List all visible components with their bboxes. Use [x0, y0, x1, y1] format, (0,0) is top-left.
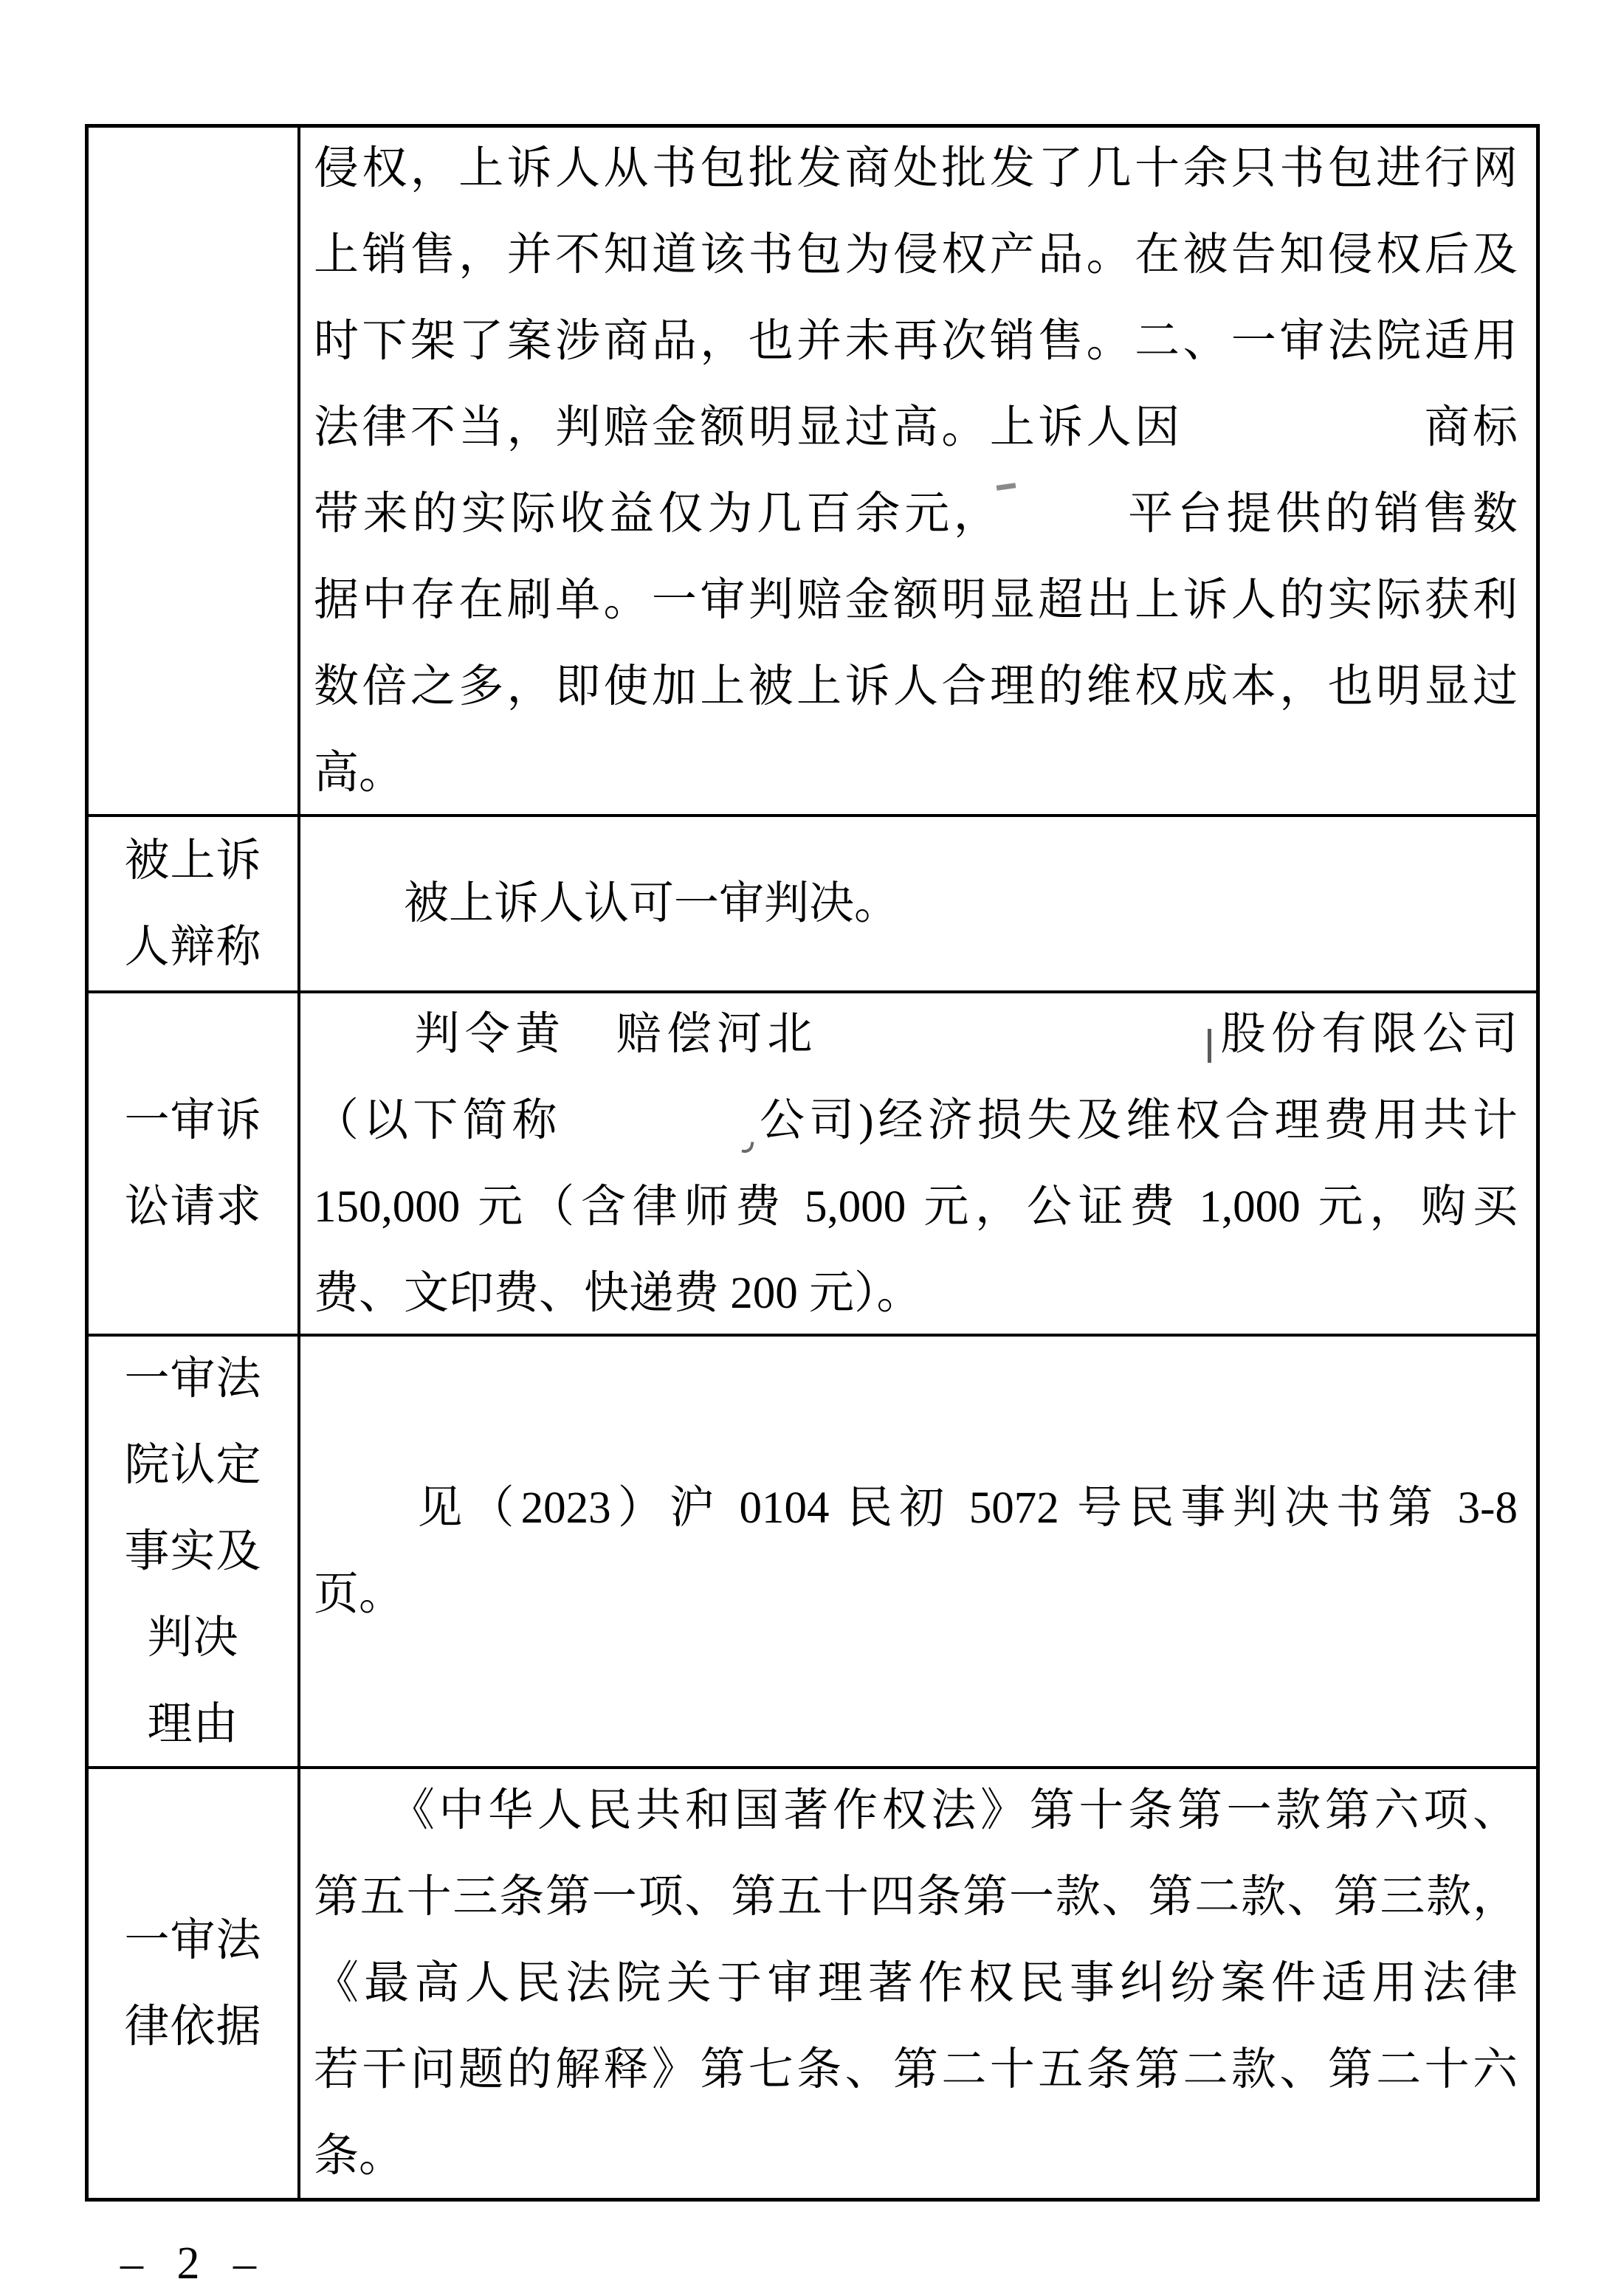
row-label-line: 一审法	[89, 1336, 297, 1422]
content-line: 被上诉人认可一审判决。	[314, 861, 1518, 947]
content-line: 费、文印费、快递费 200 元）。	[314, 1250, 1518, 1337]
content-line: 上销售，并不知道该书包为侵权产品。在被告知侵权后及	[314, 212, 1518, 298]
content-line: 《中华人民共和国著作权法》第十条第一款第六项、	[314, 1768, 1518, 1854]
row-label-line: 理由	[89, 1681, 297, 1768]
document-page: 侵权，上诉人从书包批发商处批发了几十余只书包进行网 上销售，并不知道该书包为侵权…	[0, 0, 1621, 2296]
row-label-cell: 被上诉 人辩称	[89, 817, 300, 990]
content-line: 数倍之多，即使加上被上诉人合理的维权成本，也明显过	[314, 644, 1518, 730]
row-label-line: 人辩称	[89, 904, 297, 990]
row-label-line: 院认定	[89, 1422, 297, 1509]
content-line: 时下架了案涉商品，也并未再次销售。二、一审法院适用	[314, 298, 1518, 385]
content-line: 据中存在刷单。一审判赔金额明显超出上诉人的实际获利	[314, 557, 1518, 644]
content-line: 见（2023）沪 0104 民初 5072 号民事判决书第 3-8	[314, 1465, 1518, 1551]
row-label-line: 判决	[89, 1595, 297, 1681]
row-content-cell: 侵权，上诉人从书包批发商处批发了几十余只书包进行网 上销售，并不知道该书包为侵权…	[300, 128, 1536, 814]
content-line: 第五十三条第一项、第五十四条第一款、第二款、第三款，	[314, 1854, 1518, 1940]
row-label-cell: 一审法 律依据	[89, 1769, 300, 2198]
table-row-first-instance-claims: 一审诉 讼请求 判令黄 赔偿河北 股份有限公司 （以下简称 公司)经济损失及维权…	[89, 990, 1536, 1334]
row-content-cell: 被上诉人认可一审判决。	[300, 817, 1536, 990]
row-label-line: 事实及	[89, 1509, 297, 1595]
judgment-summary-table: 侵权，上诉人从书包批发商处批发了几十余只书包进行网 上销售，并不知道该书包为侵权…	[85, 124, 1540, 2202]
content-line: 高。	[314, 730, 1518, 816]
row-label-line: 讼请求	[89, 1164, 297, 1250]
table-row-first-instance-legal-basis: 一审法 律依据 《中华人民共和国著作权法》第十条第一款第六项、 第五十三条第一项…	[89, 1766, 1536, 2198]
content-line-redacted: 带来的实际收益仅为几百余元， 平台提供的销售数	[314, 471, 1518, 557]
row-label-cell: 一审诉 讼请求	[89, 993, 300, 1334]
table-row-first-instance-findings: 一审法 院认定 事实及 判决 理由 见（2023）沪 0104 民初 5072 …	[89, 1334, 1536, 1766]
table-row-appellee-defense: 被上诉 人辩称 被上诉人认可一审判决。	[89, 814, 1536, 990]
row-label-line: 一审法	[89, 1897, 297, 1984]
content-line: 150,000 元（含律师费 5,000 元，公证费 1,000 元，购买	[314, 1164, 1518, 1250]
content-line: 页。	[314, 1551, 1518, 1638]
content-line-redacted: 判令黄 赔偿河北 股份有限公司	[314, 991, 1518, 1078]
row-content-cell: 判令黄 赔偿河北 股份有限公司 （以下简称 公司)经济损失及维权合理费用共计 1…	[300, 993, 1536, 1334]
content-line: 若干问题的解释》第七条、第二十五条第二款、第二十六	[314, 2027, 1518, 2113]
row-label-line: 被上诉	[89, 818, 297, 904]
content-line-redacted: （以下简称 公司)经济损失及维权合理费用共计	[314, 1078, 1518, 1164]
redaction-artifact	[1208, 1029, 1211, 1063]
row-label-line: 一审诉	[89, 1078, 297, 1164]
content-line: 条。	[314, 2113, 1518, 2199]
row-content-cell: 《中华人民共和国著作权法》第十条第一款第六项、 第五十三条第一项、第五十四条第一…	[300, 1769, 1536, 2198]
page-number: – 2 –	[120, 2239, 258, 2288]
row-label-cell: 一审法 院认定 事实及 判决 理由	[89, 1337, 300, 1766]
row-label-cell-empty	[89, 128, 300, 814]
table-row-appeal-grounds: 侵权，上诉人从书包批发商处批发了几十余只书包进行网 上销售，并不知道该书包为侵权…	[89, 128, 1536, 814]
content-line: 《最高人民法院关于审理著作权民事纠纷案件适用法律	[314, 1940, 1518, 2027]
content-line: 侵权，上诉人从书包批发商处批发了几十余只书包进行网	[314, 125, 1518, 212]
content-line-redacted: 法律不当，判赔金额明显过高。上诉人因 商标	[314, 385, 1518, 471]
row-content-cell: 见（2023）沪 0104 民初 5072 号民事判决书第 3-8 页。	[300, 1337, 1536, 1766]
row-label-line: 律依据	[89, 1984, 297, 2070]
